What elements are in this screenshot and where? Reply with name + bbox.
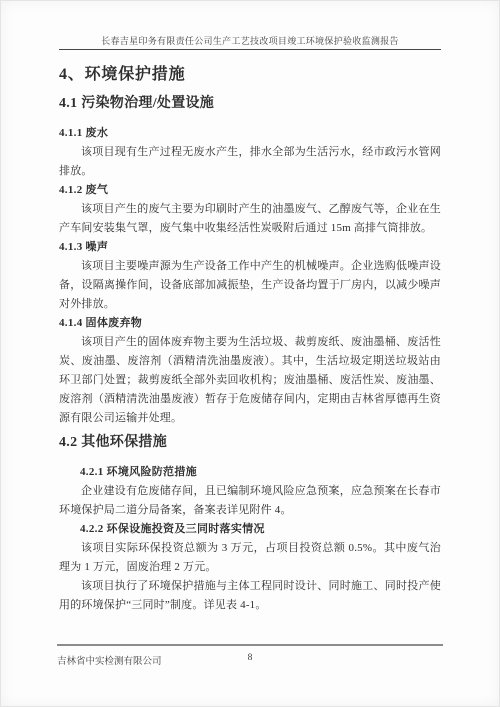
paragraph-waste-gas: 该项目产生的废气主要为印刷时产生的油墨废气、乙醇废气等，企业在生产车间安装集气罩… [59,200,441,238]
paragraph-investment: 该项目实际环保投资总额为 3 万元，占项目投资总额 0.5%。其中废气治理为 1… [59,539,441,577]
paragraph-wastewater: 该项目现有生产过程无废水产生，排水全部为生活污水，经市政污水管网排放。 [59,143,441,181]
paragraph-risk-prevention: 企业建设有危废储存间，且已编制环境风险应急预案，应急预案在长春市环境保护局二道分… [59,482,441,520]
footer-page-number: 8 [186,653,315,667]
subsection-4-1-4-title: 4.1.4 固体废弃物 [59,314,441,333]
subsection-4-2-2-title: 4.2.2 环保设施投资及三同时落实情况 [80,520,441,539]
footer-company-name: 吉林省中实检测有限公司 [57,653,186,667]
chapter-title: 4、环境保护措施 [59,63,441,87]
running-header-title: 长春吉星印务有限责任公司生产工艺技改项目竣工环境保护验收监测报告 [101,36,399,46]
page-header: 长春吉星印务有限责任公司生产工艺技改项目竣工环境保护验收监测报告 [59,36,441,50]
subsection-4-1-2-title: 4.1.2 废气 [59,181,441,200]
document-page: 长春吉星印务有限责任公司生产工艺技改项目竣工环境保护验收监测报告 4、环境保护措… [0,0,500,707]
paragraph-three-simultaneous: 该项目执行了环境保护措施与主体工程同时设计、同时施工、同时投产使用的环境保护“三… [59,577,441,615]
paragraph-noise: 该项目主要噪声源为生产设备工作中产生的机械噪声。企业选购低噪声设备，设隔离操作间… [59,257,441,314]
document-content: 4、环境保护措施 4.1 污染物治理/处置设施 4.1.1 废水 该项目现有生产… [59,49,441,615]
subsection-4-1-3-title: 4.1.3 噪声 [59,238,441,257]
footer-spacer [314,653,443,667]
paragraph-solid-waste: 该项目产生的固体废弃物主要为生活垃圾、裁剪废纸、废油墨桶、废活性炭、废油墨、废溶… [59,333,441,428]
subsection-4-1-1-title: 4.1.1 废水 [59,124,441,143]
page-footer: 吉林省中实检测有限公司 8 [57,644,443,667]
section-4-1-title: 4.1 污染物治理/处置设施 [59,93,441,115]
subsection-4-2-1-title: 4.2.1 环境风险防范措施 [80,463,441,482]
section-4-2-title: 4.2 其他环保措施 [59,432,441,454]
